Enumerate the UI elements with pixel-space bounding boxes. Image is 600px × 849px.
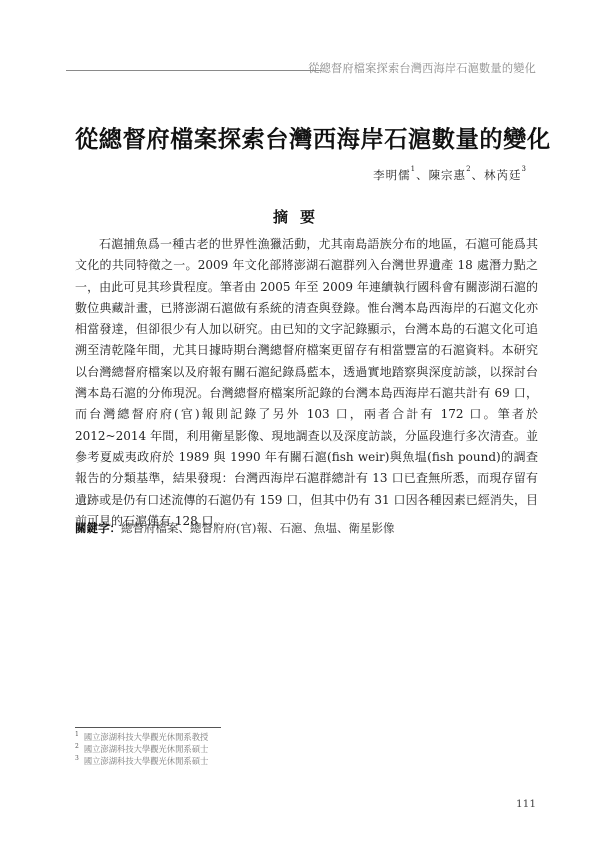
abstract-section: 石滬捕魚爲一種古老的世界性漁獵活動，尤其南島語族分布的地區，石滬可能爲其文化的共…	[75, 234, 538, 532]
author-name: 李明儒	[373, 168, 411, 182]
footnote: 2國立澎湖科技大學觀光休閒系碩士	[75, 742, 225, 754]
keywords: 關鍵字：總督府檔案、總督府府(官)報、石滬、魚塭、衛星影像	[75, 520, 538, 536]
footnote-mark[interactable]: 2	[466, 165, 471, 173]
author-separator: 、	[472, 168, 485, 182]
abstract-heading: 摘要	[0, 206, 600, 227]
abstract-body: 石滬捕魚爲一種古老的世界性漁獵活動，尤其南島語族分布的地區，石滬可能爲其文化的共…	[75, 234, 538, 532]
keywords-value: 總督府檔案、總督府府(官)報、石滬、魚塭、衛星影像	[121, 521, 394, 535]
header-rule	[66, 70, 322, 71]
footnote-mark: 2	[75, 743, 79, 750]
footnote-mark[interactable]: 3	[522, 165, 527, 173]
footnotes: 1國立澎湖科技大學觀光休閒系教授 2國立澎湖科技大學觀光休閒系碩士 3國立澎湖科…	[75, 727, 225, 765]
footnote-text: 國立澎湖科技大學觀光休閒系碩士	[84, 755, 208, 765]
running-header: 從總督府檔案探索台灣西海岸石滬數量的變化	[66, 60, 536, 76]
footnote-mark: 1	[75, 731, 79, 738]
author-separator: 、	[416, 168, 429, 182]
running-header-text: 從總督府檔案探索台灣西海岸石滬數量的變化	[308, 60, 536, 76]
author-name: 陳宗惠	[429, 168, 467, 182]
author-name: 林芮廷	[484, 168, 522, 182]
page-number: 111	[516, 798, 536, 810]
paper-title: 從總督府檔案探索台灣西海岸石滬數量的變化	[75, 120, 545, 154]
author-list: 李明儒1、陳宗惠2、林芮廷3	[373, 167, 527, 183]
footnote-text: 國立澎湖科技大學觀光休閒系教授	[84, 732, 208, 742]
keywords-label: 關鍵字：	[75, 521, 121, 535]
footnote-mark[interactable]: 1	[411, 165, 416, 173]
footnote-text: 國立澎湖科技大學觀光休閒系碩士	[84, 744, 208, 754]
footnote-mark: 3	[75, 755, 79, 762]
footnote: 1國立澎湖科技大學觀光休閒系教授	[75, 730, 225, 742]
footnote-rule	[75, 727, 221, 728]
footnote: 3國立澎湖科技大學觀光休閒系碩士	[75, 754, 225, 766]
